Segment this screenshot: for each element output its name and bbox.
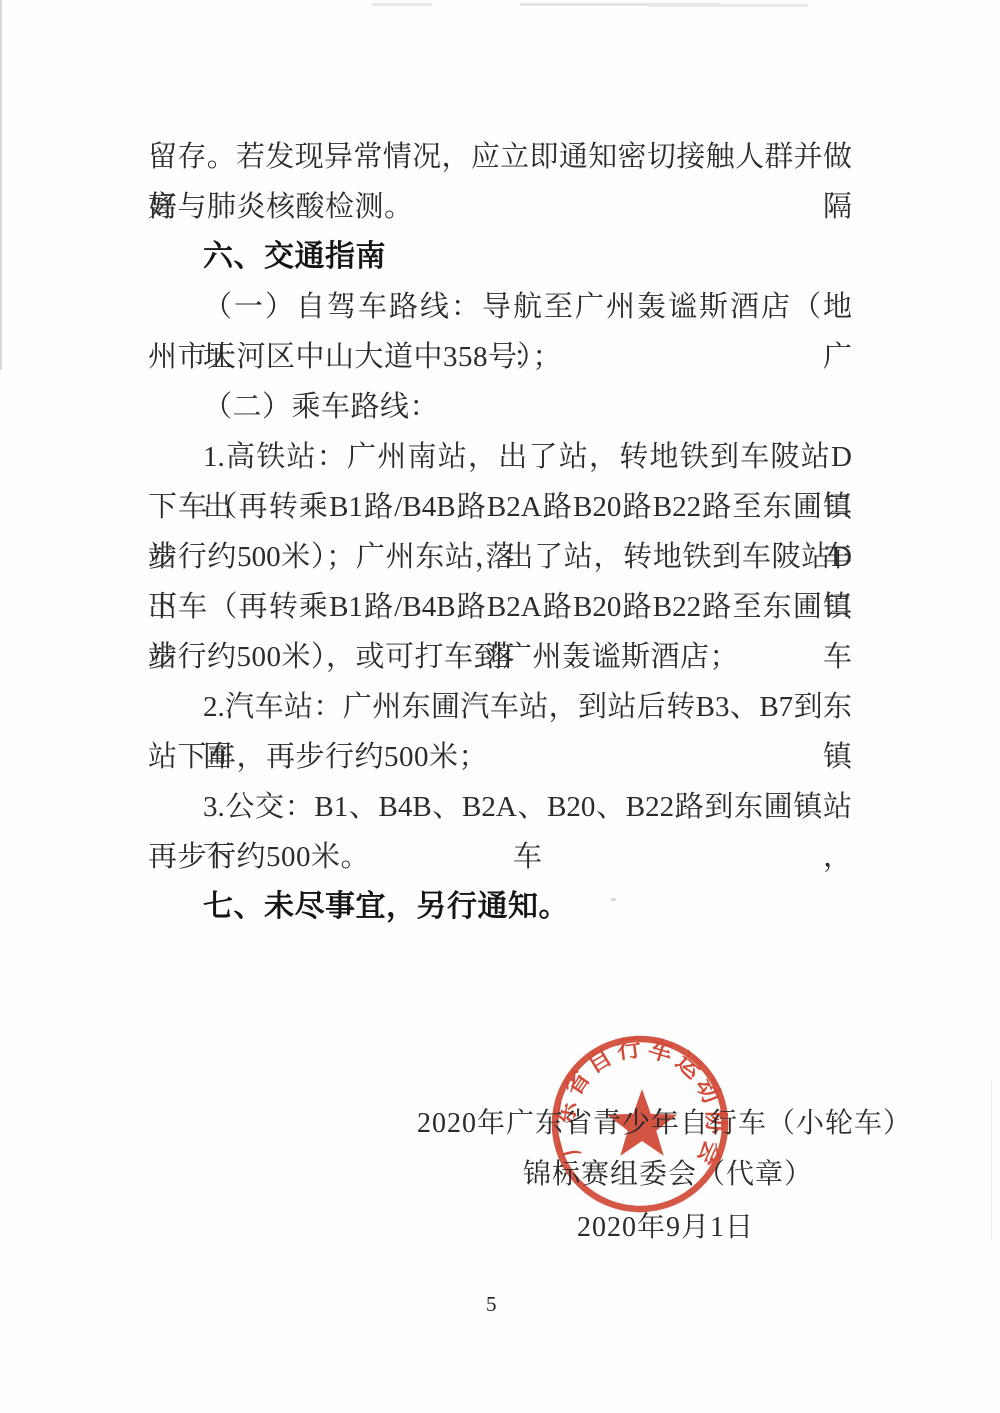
body-text-block: 留存。若发现异常情况，应立即通知密切接触人群并做好隔 离与肺炎核酸检测。 六、交… [148, 132, 852, 932]
signature-line-organizer: 2020年广东省青少年自行车（小轮车） [417, 1107, 912, 1141]
body-line: 步行约500米）；广州东站，出了站，转地铁到车陂站D出口 [148, 532, 852, 582]
body-line: 3.公交：B1、B4B、B2A、B20、B22路到东圃镇站下车， [148, 782, 852, 832]
body-line: 留存。若发现异常情况，应立即通知密切接触人群并做好隔 [148, 132, 852, 182]
body-line: 1.高铁站：广州南站，出了站，转地铁到车陂站D出口 [148, 432, 852, 482]
body-line: 下车（再转乘B1路/B4B路B2A路B20路B22路至东圃镇站落车 [148, 582, 852, 632]
signature-line-date: 2020年9月1日 [577, 1211, 754, 1245]
body-line: （一）自驾车路线：导航至广州轰谧斯酒店（地址：广 [148, 282, 852, 332]
section-heading-6: 六、交通指南 [148, 232, 852, 282]
scan-streak-artifact [520, 3, 720, 6]
document-page: 留存。若发现异常情况，应立即通知密切接触人群并做好隔 离与肺炎核酸检测。 六、交… [0, 0, 1000, 1413]
section-heading-7: 七、未尽事宜，另行通知。 [148, 882, 852, 932]
body-line: 2.汽车站：广州东圃汽车站，到站后转B3、B7到东圃镇 [148, 682, 852, 732]
scan-streak-artifact [372, 3, 432, 6]
body-line: （二）乘车路线： [148, 382, 852, 432]
page-number: 5 [486, 1292, 497, 1317]
signature-line-committee: 锦标赛组委会（代章） [523, 1158, 813, 1192]
scan-edge-artifact [0, 0, 2, 370]
scan-streak-artifact [648, 4, 808, 7]
scan-edge-artifact [991, 1080, 992, 1240]
body-line: 下车（再转乘B1路/B4B路B2A路B20路B22路至东圃镇站落车 [148, 482, 852, 532]
